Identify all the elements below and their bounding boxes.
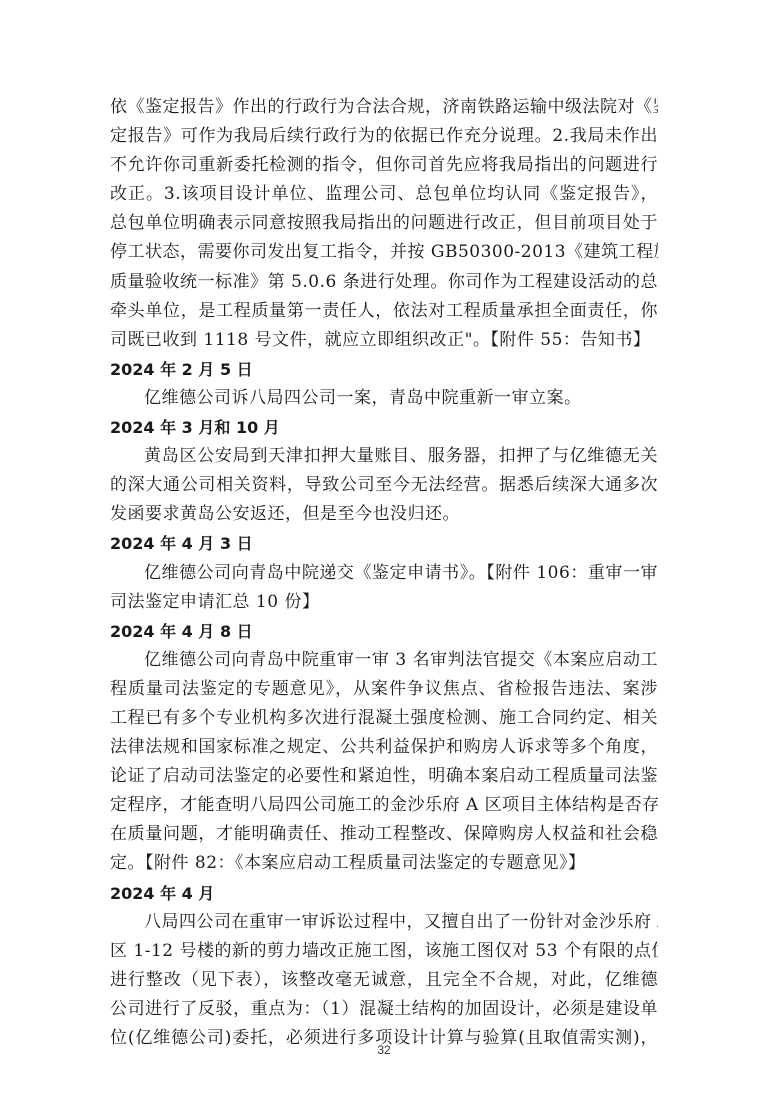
entry-date-heading: 2024 年 4 月 3 日 [110, 529, 658, 558]
paragraph-line: 定报告》可作为我局后续行政行为的依据已作充分说理。2.我局未作出 [110, 122, 658, 151]
page-number: 32 [0, 1043, 768, 1057]
paragraph-line: 质量验收统一标准》第 5.0.6 条进行处理。你司作为工程建设活动的总 [110, 268, 658, 297]
timeline-entry: 2024 年 4 月 3 日 亿维德公司向青岛中院递交《鉴定申请书》。【附件 1… [110, 529, 658, 616]
paragraph-line: 进行整改（见下表），该整改毫无诚意，且完全不合规，对此，亿维德 [110, 966, 658, 995]
paragraph-line: 不允许你司重新委托检测的指令，但你司首先应将我局指出的问题进行 [110, 151, 658, 180]
timeline-entry: 2024 年 2 月 5 日 亿维德公司诉八局四公司一案，青岛中院重新一审立案。 [110, 355, 658, 413]
timeline-entry: 2024 年 3 月和 10 月 黄岛区公安局到天津扣押大量账目、服务器，扣押了… [110, 413, 658, 529]
entry-date-heading: 2024 年 4 月 [110, 879, 658, 908]
paragraph-line: 工程已有多个专业机构多次进行混凝土强度检测、施工合同约定、相关 [110, 704, 658, 733]
paragraph-line: 亿维德公司向青岛中院重审一审 3 名审判法官提交《本案应启动工 [110, 646, 658, 675]
paragraph-line: 发函要求黄岛公安返还，但是至今也没归还。 [110, 500, 658, 529]
timeline-entry: 2024 年 4 月 八局四公司在重审一审诉讼过程中，又擅自出了一份针对金沙乐府… [110, 879, 658, 1054]
paragraph-line: 法律法规和国家标准之规定、公共利益保护和购房人诉求等多个角度， [110, 733, 658, 762]
paragraph-line: 定程序，才能查明八局四公司施工的金沙乐府 A 区项目主体结构是否存 [110, 791, 658, 820]
paragraph-line: 司法鉴定申请汇总 10 份】 [110, 588, 658, 617]
entry-date-heading: 2024 年 2 月 5 日 [110, 355, 658, 384]
document-page: 依《鉴定报告》作出的行政行为合法合规，济南铁路运输中级法院对《鉴 定报告》可作为… [0, 0, 768, 1120]
paragraph-line: 亿维德公司诉八局四公司一案，青岛中院重新一审立案。 [110, 384, 658, 413]
paragraph-line: 亿维德公司向青岛中院递交《鉴定申请书》。【附件 106：重审一审 [110, 559, 658, 588]
timeline-entry: 2024 年 4 月 8 日 亿维德公司向青岛中院重审一审 3 名审判法官提交《… [110, 617, 658, 879]
paragraph-line: 在质量问题，才能明确责任、推动工程整改、保障购房人权益和社会稳 [110, 820, 658, 849]
paragraph-line: 停工状态，需要你司发出复工指令，并按 GB50300-2013《建筑工程施工 [110, 238, 658, 267]
entry-date-heading: 2024 年 4 月 8 日 [110, 617, 658, 646]
intro-paragraph: 依《鉴定报告》作出的行政行为合法合规，济南铁路运输中级法院对《鉴 定报告》可作为… [110, 93, 658, 355]
paragraph-line: 的深大通公司相关资料，导致公司至今无法经营。据悉后续深大通多次 [110, 471, 658, 500]
paragraph-line: 程质量司法鉴定的专题意见》，从案件争议焦点、省检报告违法、案涉 [110, 675, 658, 704]
paragraph-line: 依《鉴定报告》作出的行政行为合法合规，济南铁路运输中级法院对《鉴 [110, 93, 658, 122]
paragraph-line: 区 1-12 号楼的新的剪力墙改正施工图，该施工图仅对 53 个有限的点位 [110, 937, 658, 966]
paragraph-line: 公司进行了反驳，重点为：（1）混凝土结构的加固设计，必须是建设单 [110, 995, 658, 1024]
paragraph-line: 总包单位明确表示同意按照我局指出的问题进行改正，但目前项目处于 [110, 209, 658, 238]
paragraph-line: 黄岛区公安局到天津扣押大量账目、服务器，扣押了与亿维德无关 [110, 442, 658, 471]
entry-date-heading: 2024 年 3 月和 10 月 [110, 413, 658, 442]
paragraph-line: 改正。3.该项目设计单位、监理公司、总包单位均认同《鉴定报告》， [110, 180, 658, 209]
paragraph-line: 牵头单位，是工程质量第一责任人，依法对工程质量承担全面责任，你 [110, 297, 658, 326]
paragraph-line: 八局四公司在重审一审诉讼过程中，又擅自出了一份针对金沙乐府 A [110, 908, 658, 937]
paragraph-line: 定。【附件 82：《本案应启动工程质量司法鉴定的专题意见》】 [110, 849, 658, 878]
paragraph-line: 论证了启动司法鉴定的必要性和紧迫性，明确本案启动工程质量司法鉴 [110, 762, 658, 791]
page-body: 依《鉴定报告》作出的行政行为合法合规，济南铁路运输中级法院对《鉴 定报告》可作为… [110, 93, 658, 1053]
paragraph-line: 司既已收到 1118 号文件，就应立即组织改正"。【附件 55：告知书】 [110, 326, 658, 355]
